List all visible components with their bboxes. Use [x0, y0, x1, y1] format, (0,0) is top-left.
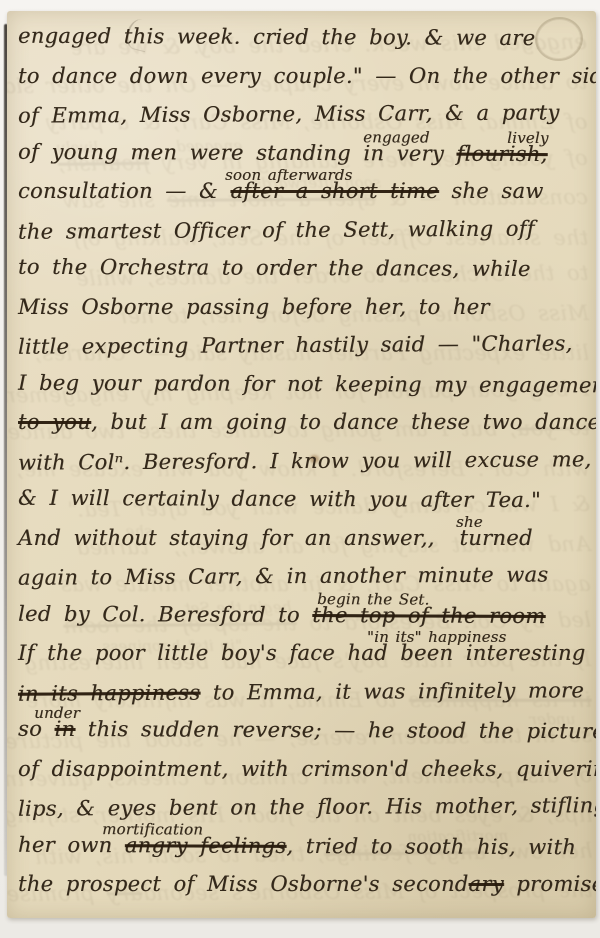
inserted-text: soon afterwards [225, 166, 353, 184]
text-run: of Emma, Miss Osborne, Miss Carr, & a pa… [18, 100, 560, 127]
text-run: , tried to sooth his, with [286, 833, 576, 858]
text-run: of disappointment, with crimson'd cheeks… [18, 757, 596, 781]
scan-backdrop: engaged this week. cried the boy. & we a… [0, 0, 600, 938]
inserted-text: lively [507, 128, 549, 146]
manuscript-line: If the poor little boy's face had been i… [18, 641, 590, 680]
text-run: she saw [439, 179, 544, 203]
text-run: the prospect of Miss Osborne's second [18, 872, 469, 896]
inserted-text: mortification [102, 820, 203, 838]
manuscript-line: again to Miss Carr, & in another minute … [18, 562, 590, 604]
manuscript-line: so in this sudden reverse; — he stood th… [18, 717, 590, 758]
text-run: lips, & eyes bent on the floor. His moth… [18, 793, 596, 821]
text-run: consultation — & [18, 179, 230, 203]
text-run: , but I am going to dance these two danc… [91, 410, 596, 434]
inserted-text: "in its" happiness [367, 628, 506, 646]
text-run: the smartest Officer of the Sett, walkin… [18, 216, 535, 243]
manuscript-line: the prospect of Miss Osborne's secondary… [18, 872, 590, 911]
inserted-text: under [34, 704, 80, 722]
text-run: to dance down every couple." — On the ot… [18, 64, 596, 88]
manuscript-text: engaged this week. cried the boy. & we a… [18, 25, 590, 911]
text-run: & I will certainly dance with you after … [18, 486, 541, 512]
text-run: with Colⁿ. Beresford. I know you will ex… [18, 447, 592, 475]
manuscript-line: with Colⁿ. Beresford. I know you will ex… [18, 447, 590, 489]
manuscript-line: I beg your pardon for not keeping my eng… [18, 370, 590, 411]
manuscript-line: consultation — & after a short time she … [18, 179, 590, 218]
text-run: again to Miss Carr, & in another minute … [18, 563, 549, 590]
manuscript-line: to dance down every couple." — On the ot… [18, 64, 590, 103]
manuscript-line: & I will certainly dance with you after … [18, 486, 590, 527]
inserted-text: engaged [363, 128, 430, 146]
manuscript-line: Miss Osborne passing before her, to her [18, 295, 590, 334]
manuscript-line: to you, but I am going to dance these tw… [18, 410, 590, 449]
manuscript-line: And without staying for an answer,, turn… [18, 526, 590, 565]
struck-text: to you [18, 410, 91, 434]
manuscript-line: little expecting Partner hastily said — … [18, 331, 590, 373]
manuscript-line: of disappointment, with crimson'd cheeks… [18, 757, 590, 796]
text-run: to Emma, it was infinitely more [200, 678, 584, 704]
text-run: promise; — [504, 872, 596, 896]
manuscript-page: engaged this week. cried the boy. & we a… [7, 11, 596, 918]
struck-text: ary [469, 872, 504, 896]
struck-text: in its happiness [18, 680, 201, 705]
manuscript-line: her own angry feelings, tried to sooth h… [18, 832, 590, 873]
manuscript-line: of Emma, Miss Osborne, Miss Carr, & a pa… [18, 100, 590, 142]
inserted-text: she [456, 513, 483, 531]
text-run: led by Col. Beresford to [18, 601, 312, 626]
manuscript-line: in its happiness to Emma, it was infinit… [18, 678, 590, 720]
text-run: little expecting Partner hastily said — … [18, 331, 573, 358]
text-run: to the Orchestra to order the dances, wh… [18, 255, 531, 281]
manuscript-line: to the Orchestra to order the dances, wh… [18, 255, 590, 296]
text-run: this sudden reverse; — he stood the pict… [75, 717, 596, 743]
manuscript-line: the smartest Officer of the Sett, walkin… [18, 216, 590, 258]
text-run: I beg your pardon for not keeping my eng… [18, 370, 596, 397]
manuscript-line: engaged this week. cried the boy. & we a… [18, 24, 590, 65]
text-run: Miss Osborne passing before her, to her [18, 295, 490, 319]
text-run: engaged this week. cried the boy. & we a… [18, 24, 535, 50]
inserted-text: begin the Set. [317, 590, 429, 608]
